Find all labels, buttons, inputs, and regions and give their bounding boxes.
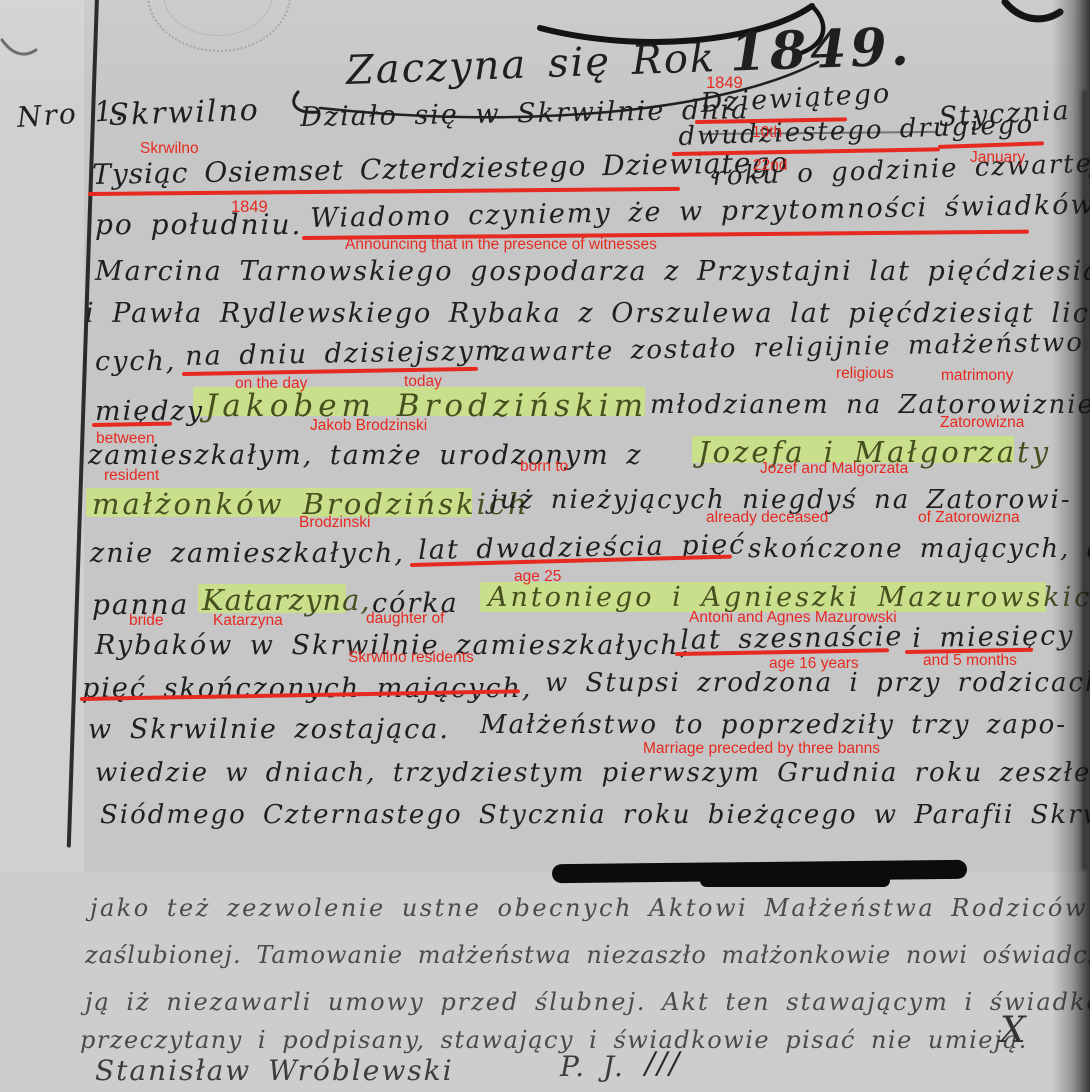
page-edge-streak (1082, 90, 1086, 870)
scanned-marriage-record-1849: Zaczyna się Rok1849. Nro 1.SkrwilnoDział… (0, 0, 1090, 1092)
edge-layer (0, 0, 1090, 1092)
